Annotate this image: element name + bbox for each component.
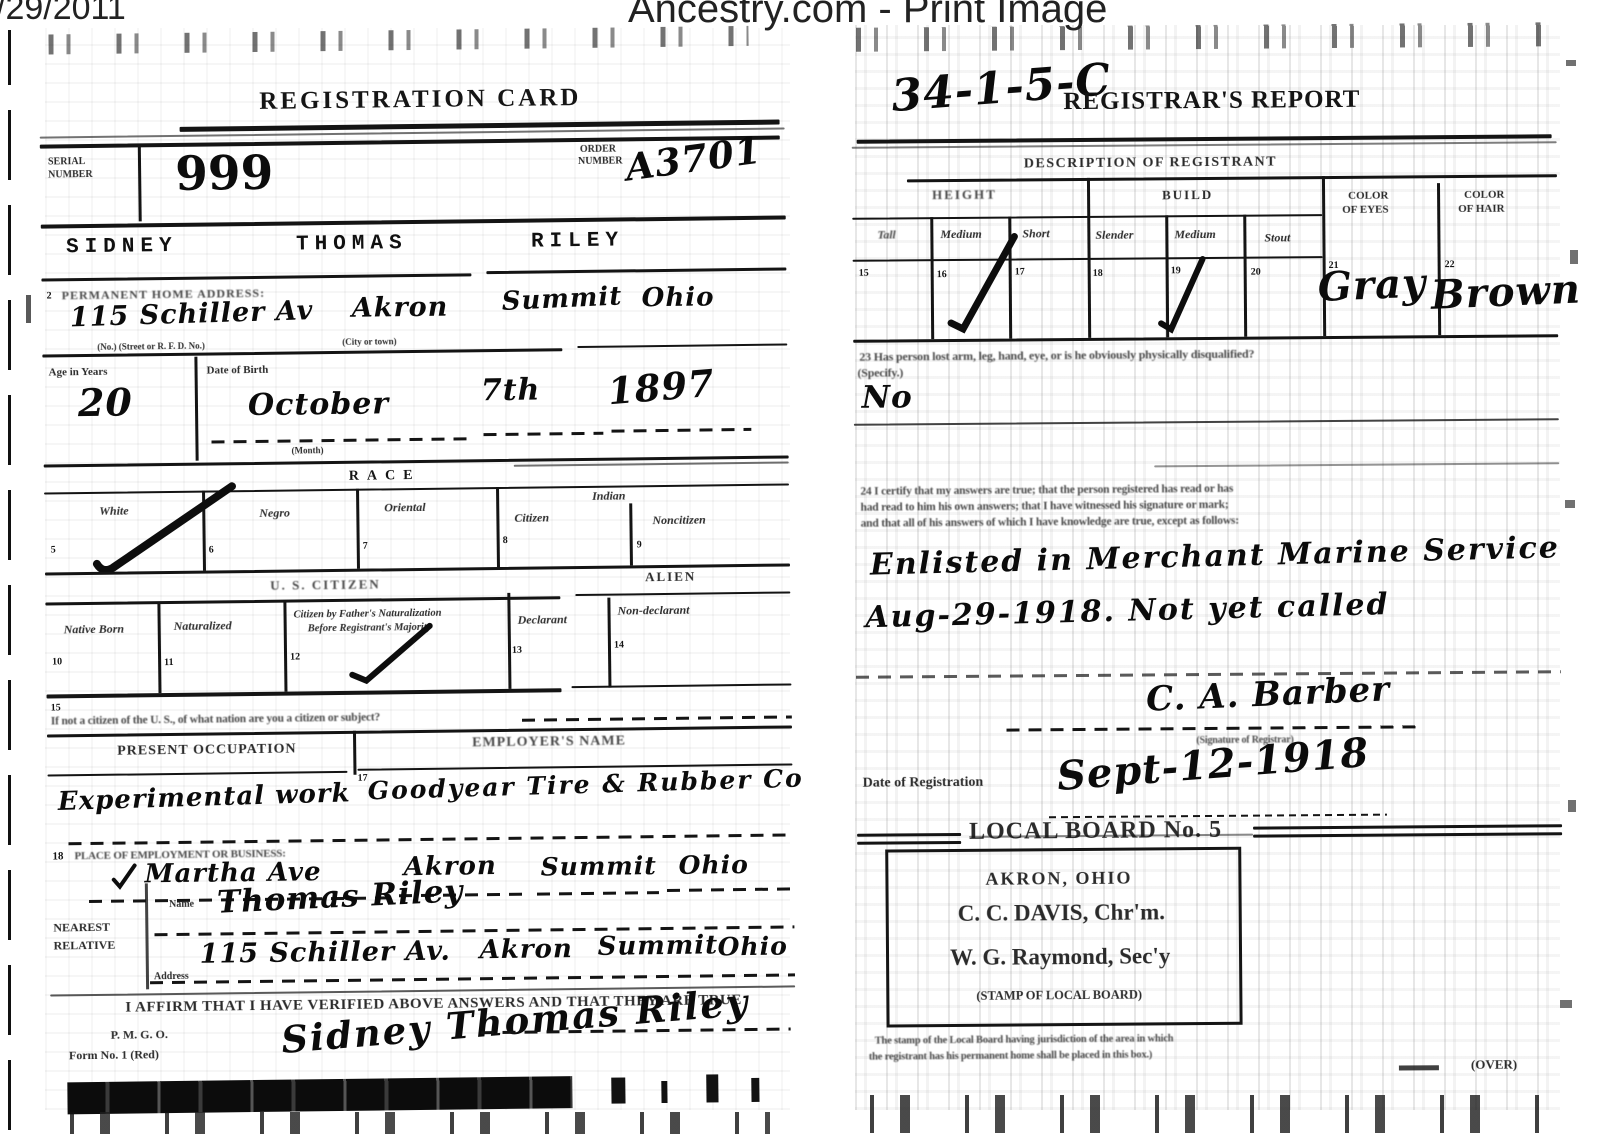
build-header: BUILD [1162, 187, 1213, 203]
scan-black-bar [67, 1076, 572, 1114]
employers-name-header: EMPLOYER'S NAME [472, 733, 626, 751]
order-number-label: NUMBER [578, 155, 623, 167]
scan-artifact-row [70, 1112, 770, 1134]
stamp-chairman: C. C. DAVIS, Chr'm. [958, 899, 1165, 927]
checkmark-icon [111, 863, 137, 889]
occupation-value: Experimental work [57, 778, 351, 817]
race-oriental-label: Oriental [384, 500, 426, 516]
rule-line [611, 428, 751, 433]
scan-artifact [611, 1078, 625, 1104]
rule-line [483, 432, 603, 436]
description-header: DESCRIPTION OF REGISTRANT [1024, 154, 1277, 172]
rule-line [47, 771, 347, 777]
scan-artifact [1399, 1065, 1439, 1070]
nearest-relative-label: NEAREST [53, 920, 110, 936]
print-date: /29/2011 [0, 0, 126, 28]
employment-place-number: 18 [52, 850, 63, 862]
rule-line [537, 891, 659, 895]
exception-note: Enlisted in Merchant Marine Service [870, 530, 1561, 582]
build-stout-number: 20 [1251, 267, 1261, 278]
scan-artifact [706, 1074, 718, 1102]
present-occupation-header: PRESENT OCCUPATION [117, 741, 297, 759]
cell-divider [607, 598, 611, 688]
local-board-header: LOCAL BOARD No. 5 [969, 817, 1222, 846]
cell-divider [496, 487, 500, 567]
non-declarant-number: 14 [614, 639, 624, 650]
rule-line [1253, 832, 1562, 837]
non-declarant-label: Non-declarant [617, 603, 689, 619]
form-note: Form No. 1 (Red) [69, 1047, 159, 1063]
cell-divider [157, 603, 161, 693]
stamp-footnote: the registrant has his permanent home sh… [869, 1049, 1152, 1062]
height-header: HEIGHT [932, 187, 997, 204]
cell-divider [1243, 215, 1247, 337]
rule-line [575, 591, 790, 596]
employment-place-county: Summit [540, 851, 657, 881]
race-header: RACE [349, 468, 421, 485]
registrar-signature: C. A. Barber [1145, 669, 1391, 719]
over-note: (OVER) [1471, 1057, 1517, 1073]
home-address-city: Akron [352, 292, 449, 324]
naturalized-number: 11 [164, 657, 174, 668]
scan-artifact [26, 295, 31, 323]
checkmark-icon [1153, 253, 1210, 333]
film-edge-line [8, 30, 11, 1130]
rule-line [854, 418, 1559, 426]
rule-line [211, 437, 473, 443]
race-negro-label: Negro [259, 506, 290, 521]
rule-line [907, 174, 1557, 182]
serial-number-label: NUMBER [48, 169, 93, 181]
rule-line [1253, 824, 1562, 829]
rule-line [68, 833, 788, 845]
rule-line [41, 215, 786, 228]
relative-name-caption: Name [169, 899, 194, 910]
rule-line [667, 887, 794, 892]
date-of-birth-label: Date of Birth [206, 364, 268, 377]
age-value: 20 [78, 379, 133, 425]
eyes-value: Gray [1317, 259, 1427, 311]
rule-line [486, 267, 786, 274]
us-citizen-header: U. S. CITIZEN [270, 576, 381, 593]
stamp-footnote: The stamp of the Local Board having juri… [875, 1033, 1174, 1046]
race-indian-group-label: Indian [592, 488, 626, 503]
line15-number: 15 [51, 702, 61, 713]
stamp-secretary: W. G. Raymond, Sec'y [950, 943, 1170, 971]
cell-divider [194, 357, 198, 461]
registrant-middle-name: THOMAS [296, 232, 408, 256]
cell-divider [283, 602, 287, 692]
q24-text: and that all of his answers of which I h… [861, 515, 1239, 530]
color-of-eyes-label: OF EYES [1342, 204, 1388, 216]
relative-state: Ohio [717, 932, 787, 962]
relative-city: Akron [479, 934, 573, 965]
cell-divider [353, 731, 357, 775]
serial-number-label: SERIAL [48, 156, 85, 167]
scan-artifact [1566, 60, 1576, 66]
cell-divider [629, 503, 633, 565]
registration-date-label: Date of Registration [863, 775, 984, 792]
cell-divider [507, 593, 511, 689]
q23-answer: No [862, 379, 913, 415]
rule-line [571, 683, 791, 688]
registrars-report-scan: 34-1-5-C REGISTRAR'S REPORT DESCRIPTION … [855, 25, 1560, 1110]
registrant-last-name: RILEY [531, 229, 624, 253]
checkmark-icon [344, 620, 437, 685]
build-slender-label: Slender [1095, 228, 1133, 243]
serial-number-value: 999 [175, 146, 274, 202]
home-address-county: Summit [501, 281, 623, 317]
build-slender-number: 18 [1093, 268, 1103, 279]
scan-artifact [661, 1081, 667, 1103]
citizen-by-father-label: Citizen by Father's Naturalization [293, 608, 441, 621]
home-address-street: 115 Schiller Av [69, 295, 313, 333]
q24-text: 24 I certify that my answers are true; t… [860, 483, 1233, 498]
employer-number: 17 [357, 773, 367, 784]
rule-line [857, 841, 961, 845]
rule-line [522, 715, 792, 721]
scan-artifact [751, 1078, 759, 1102]
native-born-number: 10 [52, 656, 62, 667]
race-citizen-number: 8 [503, 535, 508, 546]
color-of-hair-label: OF HAIR [1458, 203, 1504, 215]
checkmark-icon [84, 482, 240, 576]
naturalized-label: Naturalized [174, 618, 232, 634]
race-noncitizen-label: Noncitizen [652, 512, 706, 528]
order-number-label: ORDER [580, 144, 616, 155]
home-address-state: Ohio [642, 282, 715, 313]
birth-month: October [248, 386, 390, 423]
native-born-label: Native Born [64, 622, 125, 638]
cell-divider [138, 145, 142, 221]
rule-line [47, 688, 562, 698]
build-medium-label: Medium [1174, 227, 1215, 242]
scan-artifact [1568, 800, 1576, 812]
form-note: P. M. G. O. [111, 1027, 168, 1043]
employment-place-state: Ohio [678, 850, 748, 880]
hair-value: Brown [1430, 265, 1582, 318]
city-caption: (City or town) [342, 336, 396, 347]
rule-line [44, 455, 789, 467]
race-noncitizen-number: 9 [637, 539, 642, 550]
build-stout-label: Stout [1264, 230, 1290, 245]
line15-text: If not a citizen of the U. S., of what n… [51, 711, 380, 727]
alien-header: ALIEN [645, 569, 696, 586]
cell-divider [930, 217, 934, 339]
birth-year: 1897 [606, 361, 716, 414]
relative-county: Summit [597, 930, 718, 961]
scan-artifact [1570, 250, 1578, 264]
nearest-relative-label: RELATIVE [53, 938, 115, 954]
street-caption: (No.) (Street or R. F. D. No.) [97, 341, 205, 352]
q23-text: 23 Has person lost arm, leg, hand, eye, … [859, 347, 1254, 365]
rule-line [47, 725, 792, 737]
age-label: Age in Years [48, 366, 107, 379]
registrars-report-title: REGISTRAR'S REPORT [1063, 86, 1360, 116]
stamp-city: AKRON, OHIO [985, 868, 1132, 890]
relative-street: 115 Schiller Av. [200, 936, 452, 970]
color-of-hair-label: COLOR [1464, 189, 1504, 201]
race-oriental-number: 7 [363, 541, 368, 552]
height-short-label: Short [1022, 226, 1049, 241]
declarant-label: Declarant [518, 612, 568, 628]
month-caption: (Month) [291, 445, 323, 455]
rule-line [514, 461, 789, 466]
color-of-eyes-label: COLOR [1348, 190, 1388, 202]
scan-artifact [1565, 500, 1575, 508]
scan-artifact-row [870, 1095, 1560, 1133]
declarant-number: 13 [512, 645, 522, 656]
scan-artifact-row [856, 22, 1551, 51]
stamp-caption: (STAMP OF LOCAL BOARD) [976, 988, 1142, 1004]
registration-card-scan: REGISTRATION CARD SERIAL NUMBER 999 ORDE… [45, 28, 790, 1110]
rule-line [41, 273, 471, 281]
address-number: 2 [47, 290, 52, 301]
scan-artifact [1560, 1000, 1572, 1008]
citizen-by-father-number: 12 [290, 651, 300, 662]
cell-divider [356, 489, 360, 569]
rule-line [1154, 462, 1559, 467]
scan-artifact-row [48, 26, 748, 55]
rule-line [45, 596, 560, 605]
checkmark-icon [940, 228, 1019, 333]
height-tall-label: Tall [877, 227, 895, 242]
rule-line [853, 334, 1558, 343]
q24-text: had read to him his own answers; that I … [860, 499, 1228, 514]
print-image-page: /29/2011 Ancestry.com - Print Image REGI… [0, 0, 1600, 1135]
hair-number: 22 [1445, 259, 1455, 270]
exception-note: Aug-29-1918. Not yet called [865, 587, 1390, 635]
rule-line [857, 833, 961, 837]
race-citizen-label: Citizen [514, 510, 549, 525]
registrant-first-name: SIDNEY [66, 235, 178, 259]
height-tall-number: 15 [859, 268, 869, 279]
registration-card-title: REGISTRATION CARD [259, 84, 581, 116]
rule-line [577, 343, 787, 348]
race-white-number: 5 [51, 544, 56, 555]
birth-day: 7th [481, 372, 541, 408]
